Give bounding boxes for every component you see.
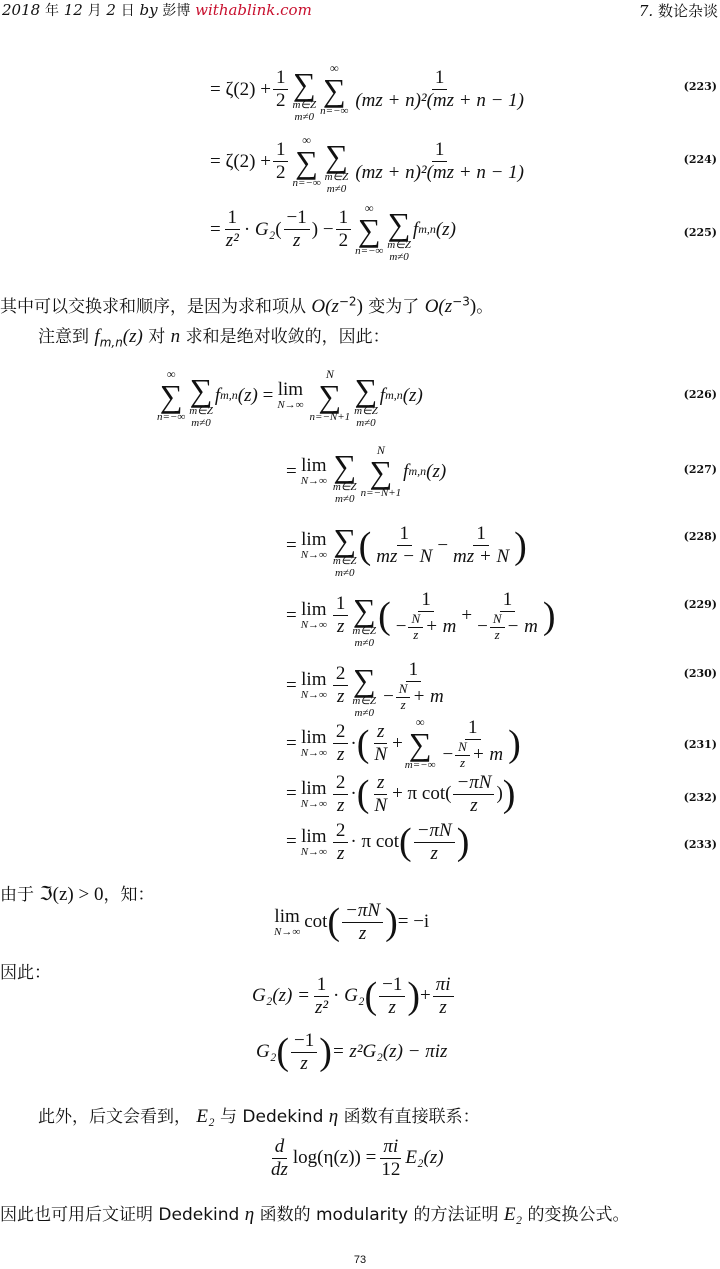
header-day: 2 — [106, 1, 116, 19]
paragraph-2: 注意到 fm,n(z) 对 n 求和是绝对收敛的，因此： — [38, 322, 390, 349]
equation-231: = limN→∞ 2z · ( zN + ∞∑m=−∞ 1−Nz+ m ) — [286, 716, 521, 771]
equation-224: = ζ(2) + 12 ∞∑n=−∞ ∑m∈Zm≠0 1(mz + n)²(mz… — [210, 128, 529, 196]
equation-number: (232) — [684, 791, 717, 804]
paragraph-6: 因此也可用后文证明 Dedekind η 函数的 modularity 的方法证… — [0, 1200, 630, 1226]
chapter-number: 7. — [639, 2, 653, 20]
equation-225: = 1z² · G₂( −1z ) − 12 ∞∑n=−∞ ∑m∈Zm≠0 fm… — [210, 196, 456, 264]
equation-226: ∞∑n=−∞ ∑m∈Zm≠0 fm,n(z) = limN→∞ N∑n=−N+1… — [155, 362, 423, 430]
header-month: 12 — [64, 1, 83, 19]
equation-number: (230) — [684, 667, 717, 680]
equation-223: = ζ(2) + 12 ∑m∈Zm≠0 ∞∑n=−∞ 1(mz + n)²(mz… — [210, 56, 529, 124]
page-number: 73 — [0, 1254, 720, 1266]
page-header-right: 7. 数论杂谈 — [639, 0, 718, 21]
equation-233: = limN→∞ 2z · π cot ( −πNz ) — [286, 820, 469, 865]
paragraph-1: 其中可以交换求和顺序，是因为求和项从 O(z−2) 变为了 O(z−3)。 — [0, 292, 493, 318]
equation-number: (227) — [684, 463, 717, 476]
equation-227: = limN→∞ ∑m∈Zm≠0 N∑n=−N+1 fm,n(z) — [286, 438, 446, 506]
equation-number: (233) — [684, 838, 717, 851]
equation-230: = limN→∞ 2z ∑m∈Zm≠0 1−Nz+ m — [286, 652, 449, 720]
chapter-title: 数论杂谈 — [658, 2, 718, 20]
equation-number: (226) — [684, 388, 717, 401]
header-site-link[interactable]: withablink.com — [195, 1, 312, 19]
equation-number: (231) — [684, 738, 717, 751]
page-header-left: 2018 年 12 月 2 日 by 彭博 withablink.com — [2, 0, 312, 20]
paragraph-4: 因此： — [0, 958, 51, 983]
header-year: 2018 — [2, 1, 40, 19]
paragraph-5: 此外，后文会看到， E₂ 与 Dedekind η 函数有直接联系： — [38, 1102, 480, 1128]
equation-number: (228) — [684, 530, 717, 543]
equation-228: = limN→∞ ∑m∈Zm≠0 ( 1mz − N − 1mz + N ) — [286, 512, 527, 580]
equation-g2-inverse: G₂ ( −1z ) = z²G₂(z) − πiz — [256, 1030, 447, 1075]
header-author: 彭博 — [162, 3, 190, 19]
equation-limit-cot: limN→∞ cot ( −πNz ) = −i — [270, 900, 429, 945]
paragraph-3: 由于 ℑ(z) > 0，知： — [0, 880, 154, 906]
equation-number: (224) — [684, 153, 717, 166]
equation-eta-derivative: ddz log(η(z)) = πi12 E₂(z) — [266, 1136, 444, 1181]
equation-232: = limN→∞ 2z · ( zN + π cot( −πNz )) — [286, 772, 515, 817]
equation-number: (229) — [684, 598, 717, 611]
equation-g2-transform: G₂(z) = 1z² · G₂ ( −1z ) + πiz — [252, 974, 456, 1019]
equation-number: (225) — [684, 226, 717, 239]
equation-229: = limN→∞ 1z ∑m∈Zm≠0 ( 1−Nz+ m + 1−Nz− m … — [286, 582, 555, 650]
equation-number: (223) — [684, 80, 717, 93]
